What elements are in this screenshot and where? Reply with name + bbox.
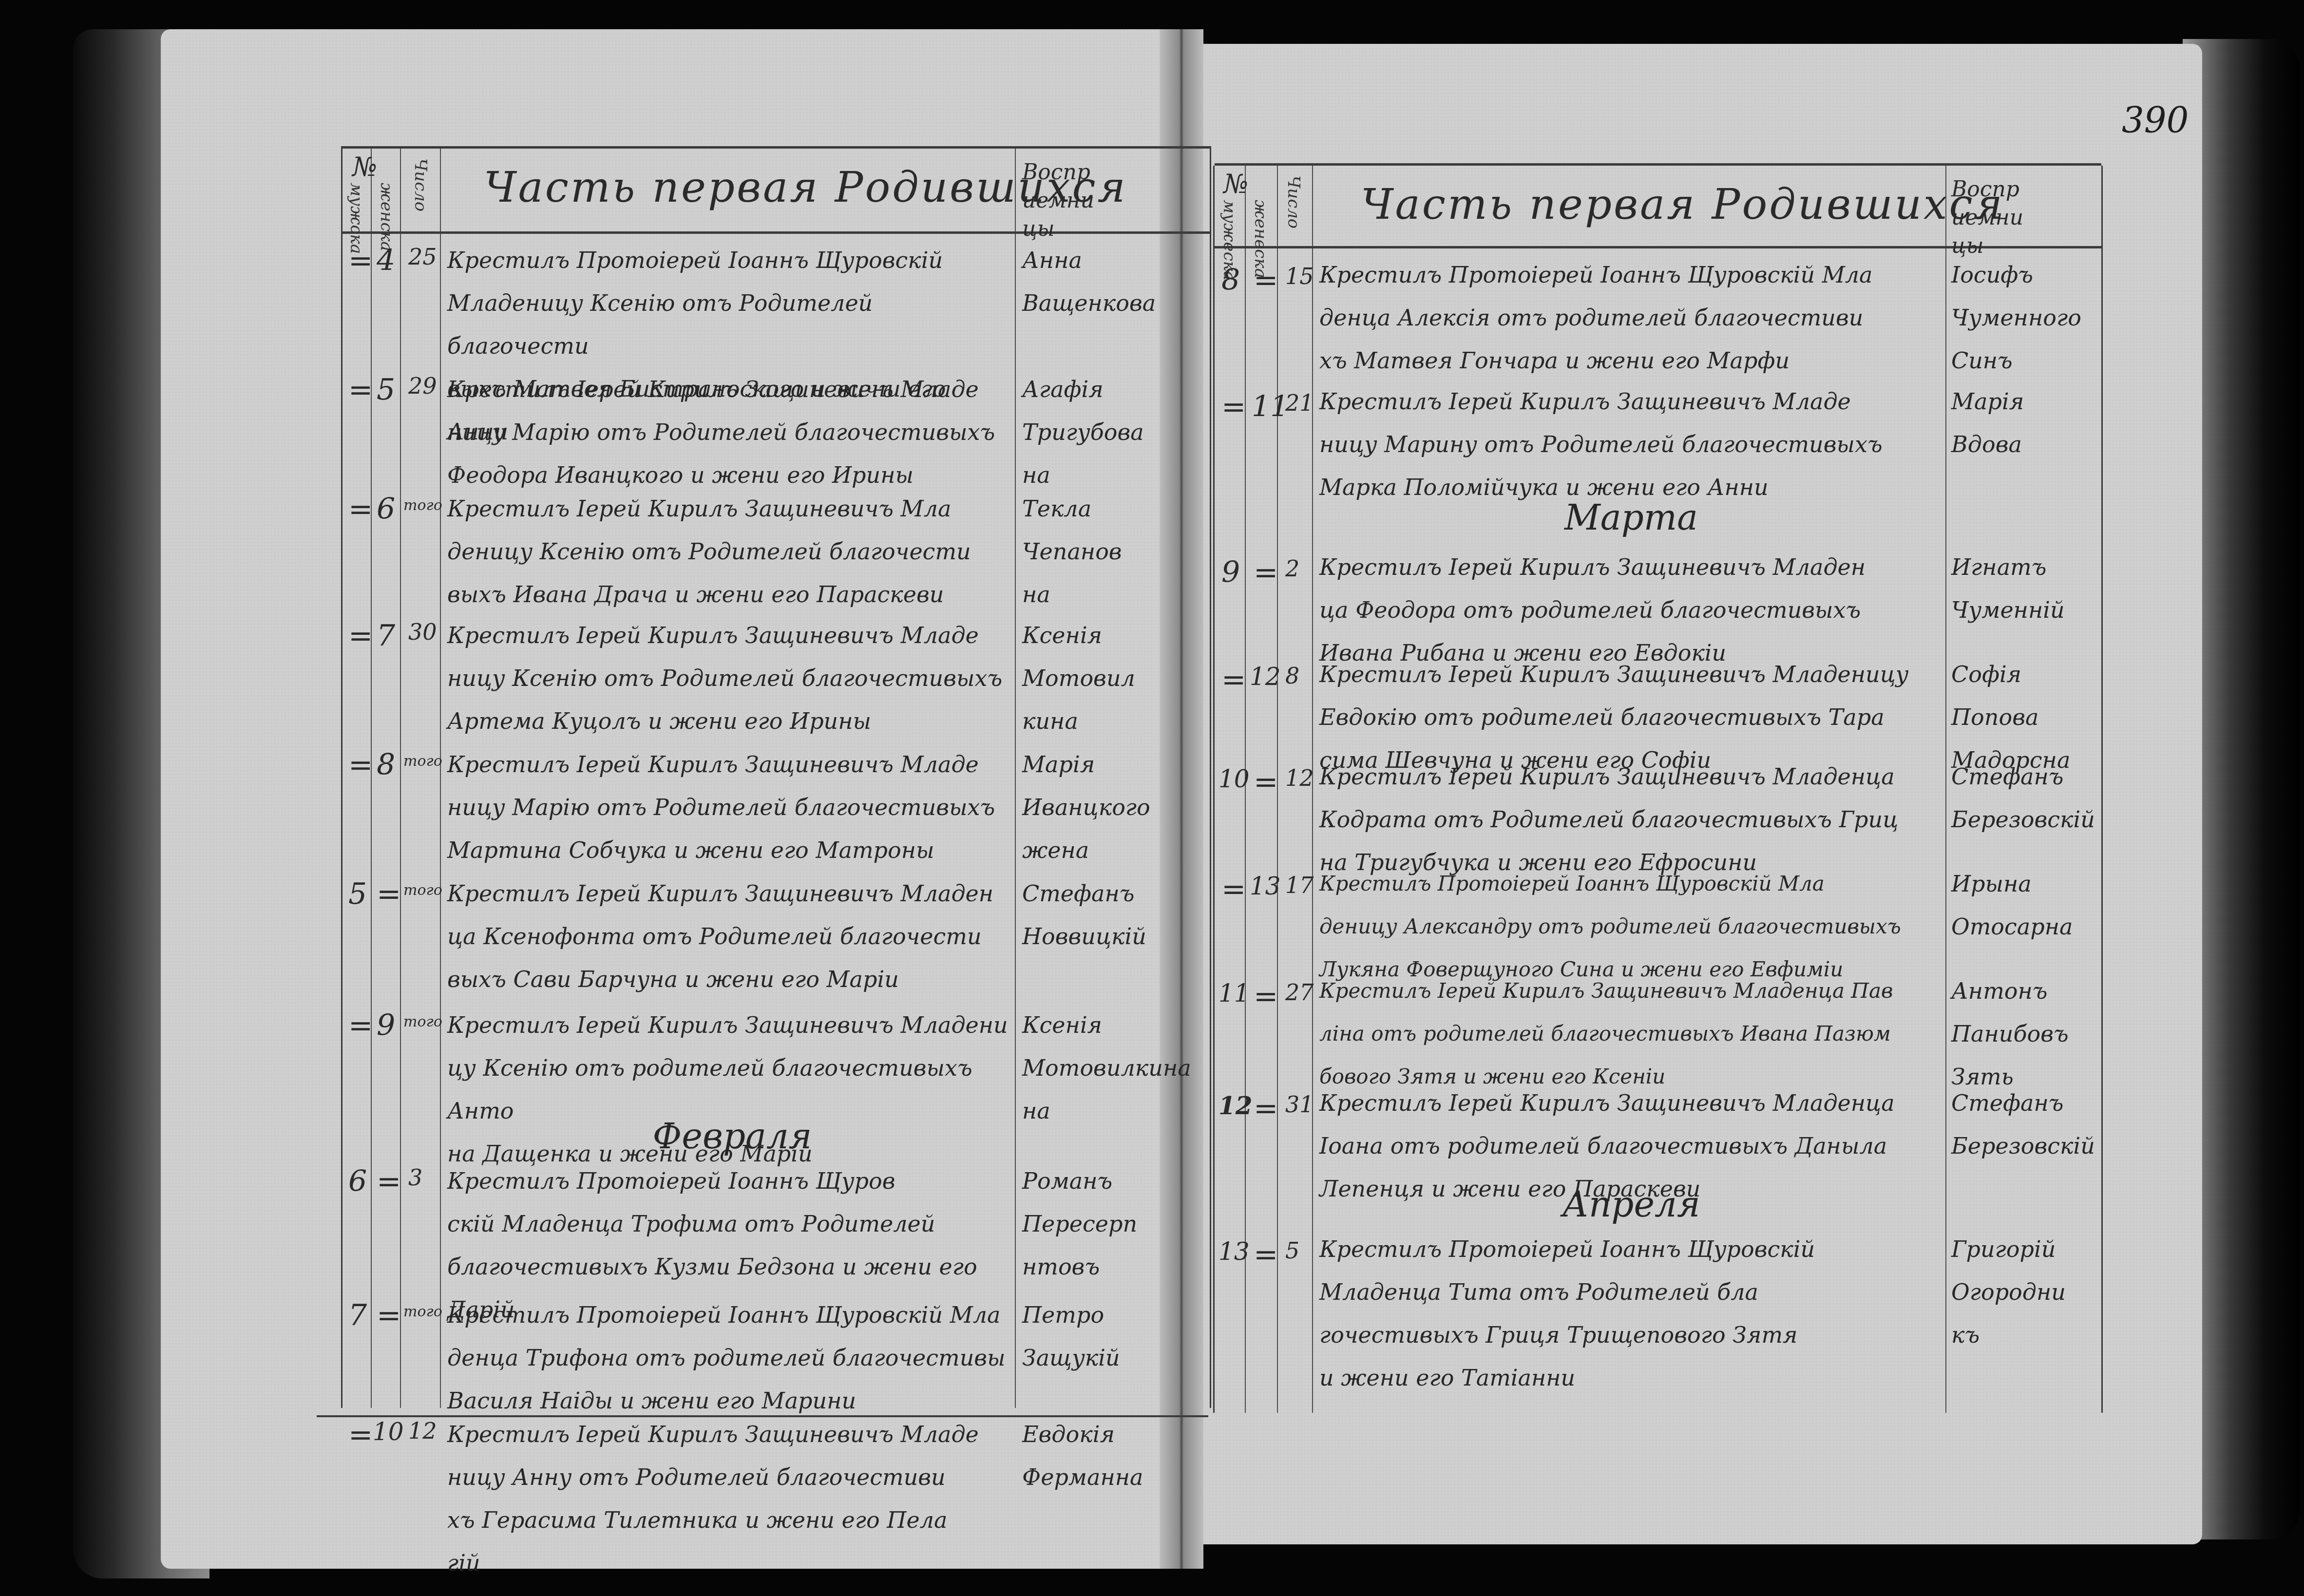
godparents-column-label: Восприемницы [1022,158,1095,243]
day-of-month: 27 [1285,979,1314,1006]
day-of-month: того [403,1013,442,1030]
male-count: 13 [1219,1237,1250,1266]
female-count: 4 [377,244,395,278]
male-count: 7 [348,1298,367,1332]
month-heading-april: Апреля [1319,1184,1943,1225]
male-count: = [348,748,373,782]
baptism-record-text: Крестилъ Іерей Кирилъ Защиневичъ Младен … [447,872,1012,1001]
female-count: = [377,1298,401,1332]
female-count: = [1254,1237,1278,1272]
male-count: = [1221,663,1246,697]
female-count: 13 [1250,872,1281,900]
folio-number: 390 [2122,100,2189,141]
register-entry: = 6 того Крестилъ Іерей Кирилъ Защиневич… [343,487,1210,614]
day-of-month: 17 [1285,872,1314,898]
godparents-names: Романъ Пересерп нтовъ [1022,1159,1105,1288]
male-count: 10 [1219,765,1250,793]
table-header: № мужска женска Число Часть первая Родив… [343,146,1210,234]
table-header: № мужеска женеска Число Часть первая Род… [1215,163,2101,248]
godparents-names: Евдокія Ферманна [1022,1413,1105,1499]
register-entry: 7 = того Крестилъ Протоіерей Іоаннъ Щуро… [343,1293,1210,1420]
baptism-record-text: Крестилъ Іерей Кирилъ Защиневичъ Младе н… [447,368,1012,496]
day-of-month: 3 [408,1164,422,1191]
godparents-names: Агафія Тригубова на [1022,368,1105,496]
left-register-table: № мужска женска Число Часть первая Родив… [341,146,1211,1408]
day-column-label: Число [1284,175,1303,228]
godparents-names: Ксенія Мотовил кина [1022,614,1105,742]
godparents-column-label: Восприемницы [1951,175,2024,260]
day-of-month: 15 [1285,263,1314,289]
register-entry: = 4 25 Крестилъ Протоіерей Іоаннъ Щуровс… [343,239,1210,370]
register-entry: 13 = 5 Крестилъ Протоіерей Іоаннъ Щуровс… [1215,1228,2101,1403]
female-count: 12 [1250,663,1281,691]
female-count: 9 [377,1008,395,1043]
baptism-record-text: Крестилъ Протоіерей Іоаннъ Щуровскій Мла… [1319,253,1943,382]
female-count: 11 [1252,390,1289,424]
day-of-month: 31 [1285,1091,1314,1118]
godparents-names: Марія Иванцкого жена [1022,743,1105,872]
day-of-month: того [403,753,442,770]
day-of-month: 5 [1285,1237,1299,1264]
day-of-month: 30 [408,619,437,645]
female-count: = [1254,765,1278,799]
day-of-month: 12 [1285,765,1314,791]
female-count: 10 [373,1418,404,1446]
male-count: 9 [1221,555,1240,589]
godparents-names: Анна Ващенкова [1022,239,1105,324]
baptism-record-text: Крестилъ Іерей Кирилъ Защиневичъ Младе н… [447,614,1012,742]
register-entry: = 10 12 Крестилъ Іерей Кирилъ Защиневичъ… [343,1413,1210,1583]
godparents-names: Григорій Огородни къ [1951,1228,2034,1356]
male-count: = [348,619,373,653]
day-of-month: 29 [408,373,437,399]
register-entry: = 5 29 Крестилъ Іерей Кирилъ Защиневичъ … [343,368,1210,490]
female-count: = [377,877,401,911]
male-count: = [348,492,373,526]
register-entry: = 9 того Крестилъ Іерей Кирилъ Защиневич… [343,1004,1210,1130]
page-title: Часть первая Родившихся [1361,180,2004,229]
female-count: 7 [377,619,395,653]
male-count: 12 [1219,1091,1253,1120]
male-count: 5 [348,877,367,911]
male-count: = [348,1008,373,1043]
female-count: 5 [377,373,395,407]
male-count: 6 [348,1164,367,1198]
register-entry: 8 = 15 Крестилъ Протоіерей Іоаннъ Щуровс… [1215,253,2101,380]
register-entry: 5 = того Крестилъ Іерей Кирилъ Защиневич… [343,872,1210,999]
godparents-names: Петро Защукій [1022,1293,1105,1379]
register-entry: = 7 30 Крестилъ Іерей Кирилъ Защиневичъ … [343,614,1210,741]
day-of-month: 8 [1285,663,1299,689]
day-column-label: Число [411,158,430,211]
female-count: 8 [377,748,395,782]
godparents-names: Марія Вдова [1951,380,2034,466]
godparents-names: Стефанъ Березовскій [1951,755,2034,841]
godparents-names: Стефанъ Новвицкій [1022,872,1105,958]
godparents-names: Іосифъ Чуменного Синъ [1951,253,2034,382]
male-count: = [1221,872,1246,906]
godparents-names: Антонъ Панибовъ Зять [1951,969,2034,1098]
godparents-names: Текла Чепанов на [1022,487,1105,616]
register-entry: = 8 того Крестилъ Іерей Кирилъ Защиневич… [343,743,1210,870]
day-of-month: того [403,497,442,514]
female-count: = [1254,979,1278,1013]
baptism-record-text: Крестилъ Іерей Кирилъ Защиневичъ Мла ден… [447,487,1012,616]
baptism-record-text: Крестилъ Іерей Кирилъ Защиневичъ Младе н… [447,743,1012,872]
number-column-label: № [352,152,377,182]
baptism-record-text: Крестилъ Іерей Кирилъ Защиневичъ Младе н… [447,1413,1012,1584]
table-bottom-rule [317,1415,1208,1417]
month-heading-february: Февраля [450,1116,1015,1157]
godparents-names: Ксенія Мотовилкина на [1022,1004,1105,1132]
baptism-record-text: Крестилъ Іерей Кирилъ Защиневичъ Младе н… [1319,380,1943,509]
male-count: = [348,244,373,278]
baptism-record-text: Крестилъ Протоіерей Іоаннъ Щуровскій Мла… [447,1293,1012,1422]
day-of-month: того [403,882,442,899]
month-heading-march: Марта [1319,497,1943,538]
godparents-names: Игнатъ Чуменній [1951,546,2034,631]
register-entry: = 11 21 Крестилъ Іерей Кирилъ Защиневичъ… [1215,380,2101,507]
male-count: = [1221,390,1246,424]
day-of-month: 2 [1285,555,1299,582]
male-count: = [348,373,373,407]
female-count: = [1254,1091,1278,1125]
day-of-month: того [403,1303,442,1320]
male-count: 8 [1221,263,1240,297]
day-of-month: 21 [1285,390,1314,416]
day-of-month: 25 [408,244,437,270]
baptism-record-text: Крестилъ Іерей Кирилъ Защиневичъ Младенц… [1319,969,1943,1098]
register-entry: 11 = 27 Крестилъ Іерей Кирилъ Защиневичъ… [1215,969,2101,1096]
baptism-record-text: Крестилъ Протоіерей Іоаннъ Щуровскій Мла… [1319,1228,1943,1399]
male-count: 11 [1219,979,1250,1007]
godparents-names: Ирына Отосарна [1951,862,2034,948]
female-count: = [1254,555,1278,589]
godparents-names: Стефанъ Березовскій [1951,1082,2034,1167]
female-count: = [1254,263,1278,297]
male-count: = [348,1418,373,1452]
female-count: 6 [377,492,395,526]
day-of-month: 12 [408,1418,437,1444]
right-register-table: № мужеска женеска Число Часть первая Род… [1213,166,2103,1413]
number-column-label: № [1223,169,1248,199]
female-count: = [377,1164,401,1198]
